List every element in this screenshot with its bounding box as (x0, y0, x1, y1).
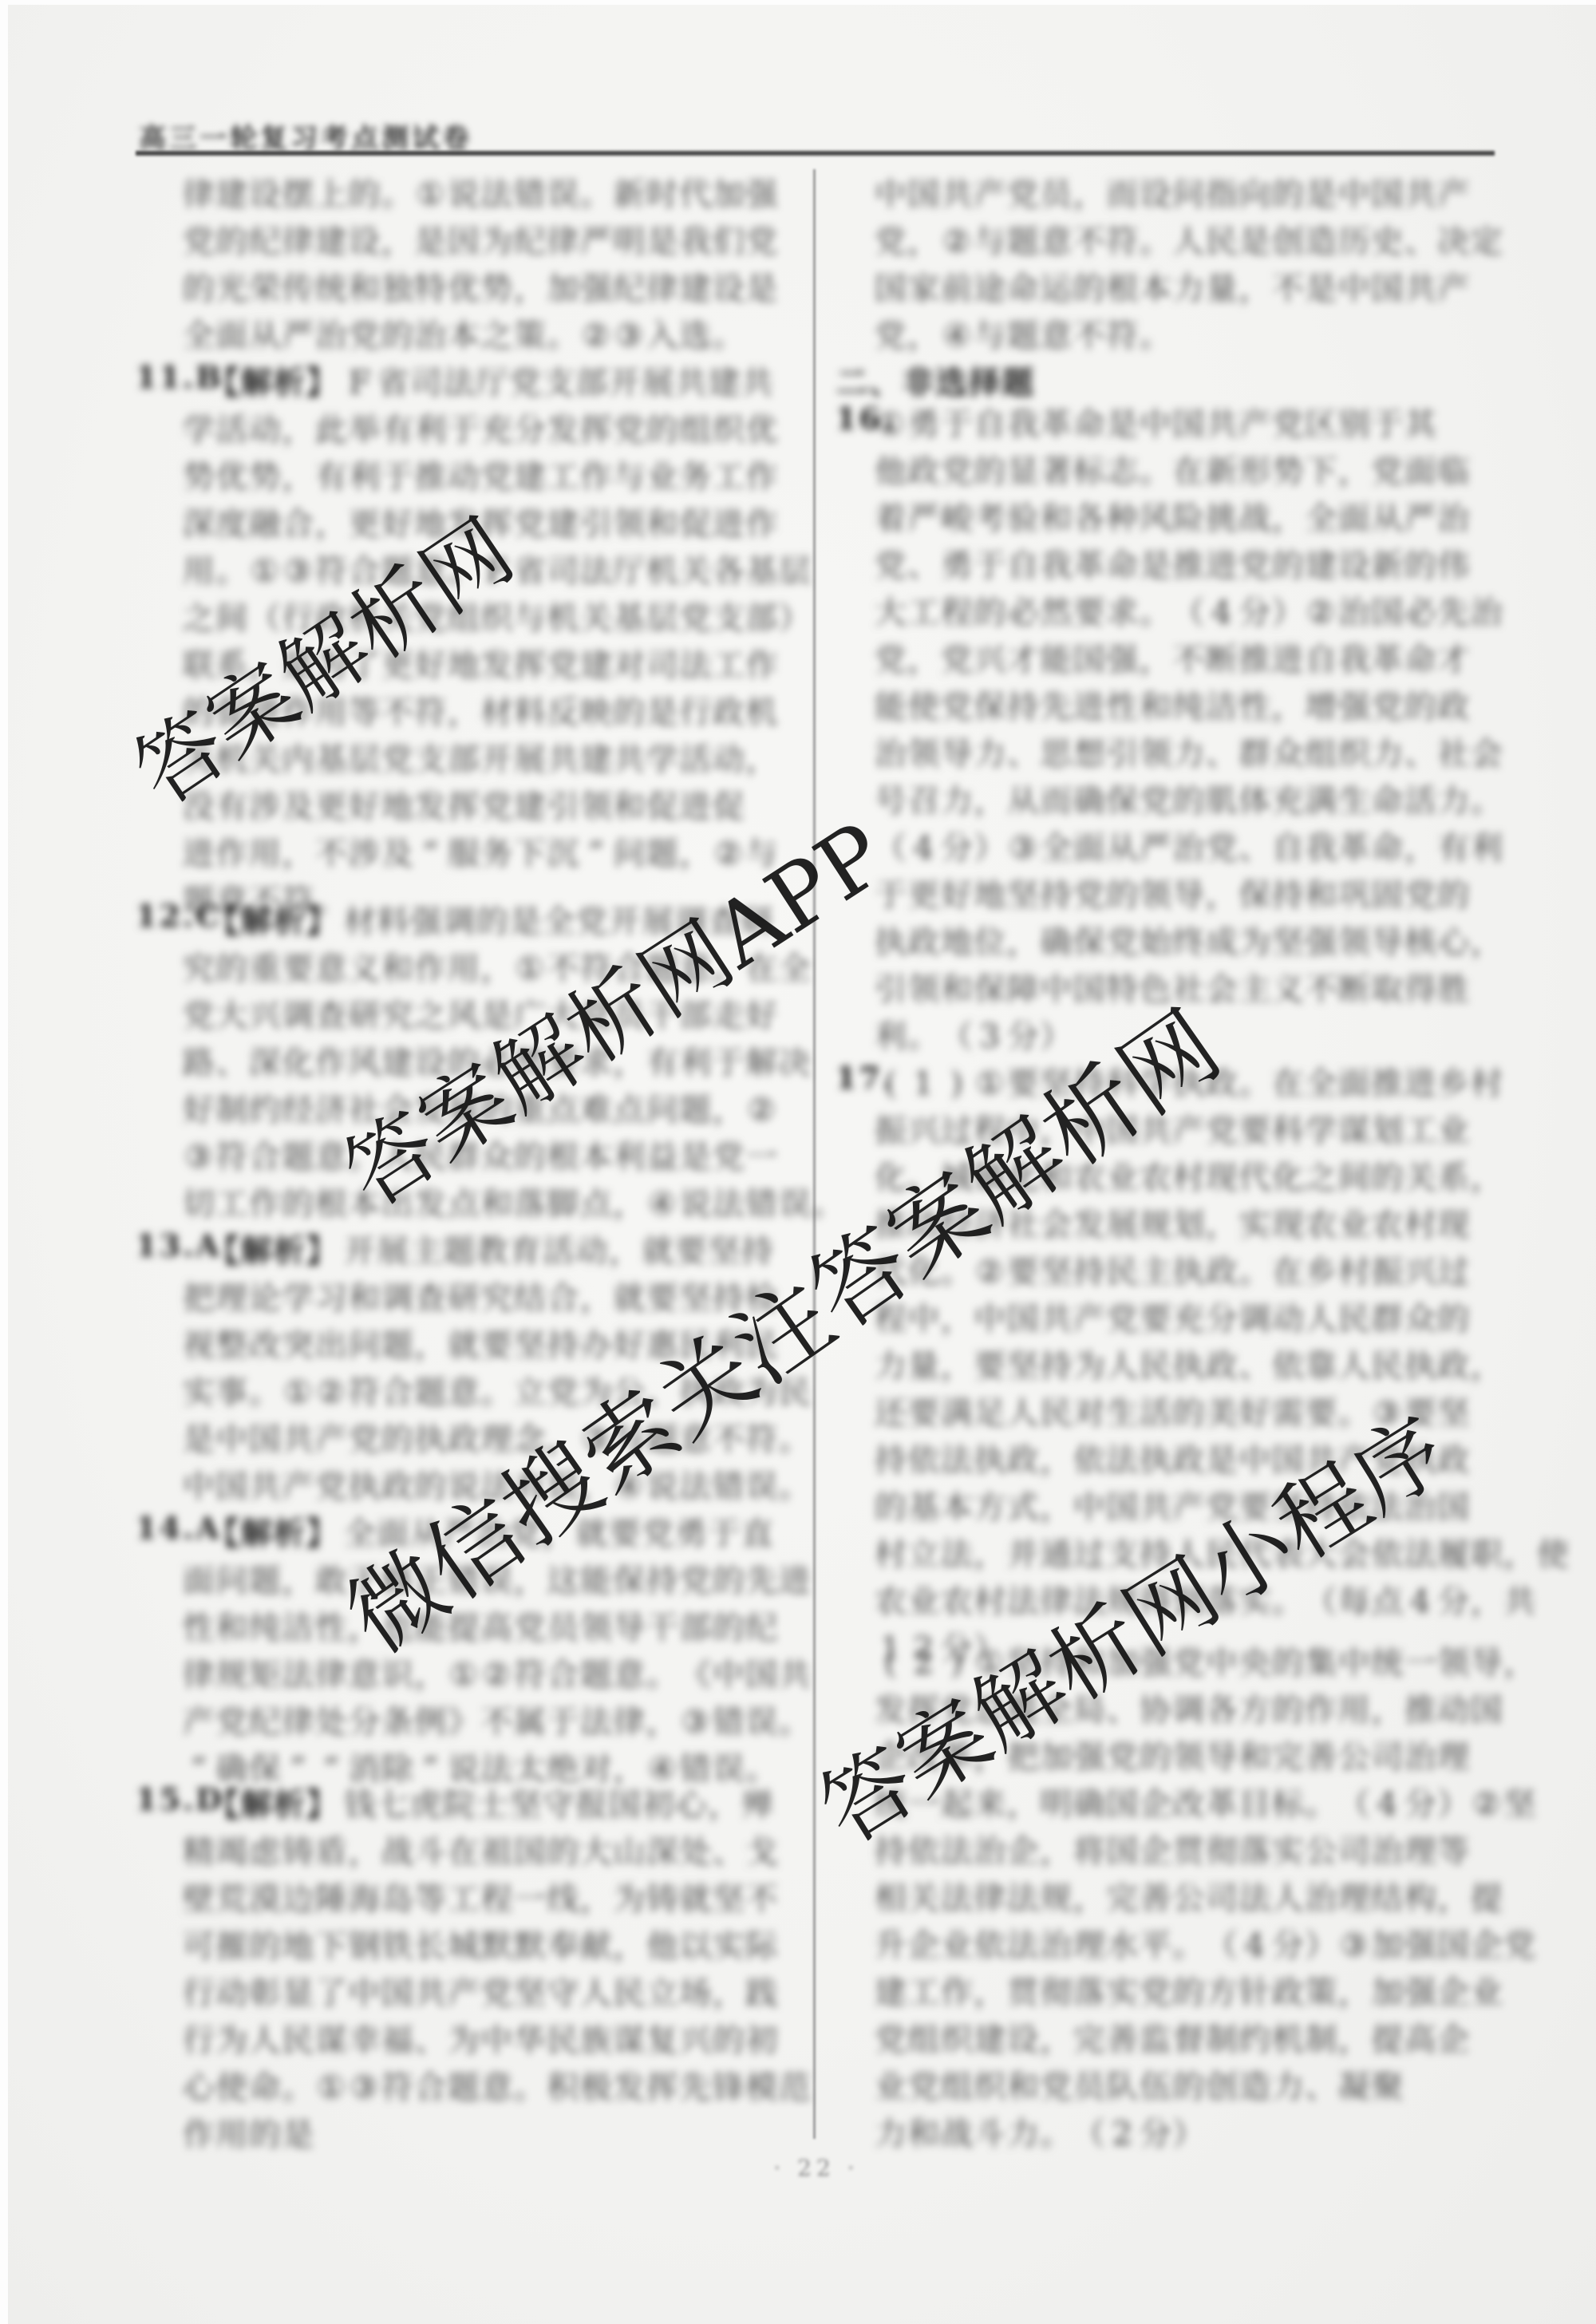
text-line: 升企业依法治理水平。（4分）③加强国企党 (874, 1920, 1536, 1966)
text-line: 党，党兴才能国强，不断推进自我革命才 (874, 634, 1470, 680)
text-line: 党，②与题意不符。人民是创造历史、决定 (874, 216, 1503, 262)
text-line: 于更好地坚持党的领导，保持和巩固党的 (874, 870, 1470, 915)
text-line: 党组织建设，完善监督制约机制，提高企 (874, 2014, 1470, 2060)
text-line: 利。（3分） (874, 1011, 1073, 1057)
scanned-exam-answer-page: 高三一轮复习考点测试卷 律建设摆上的。①说法错误。新时代加强党的纪律建设，是因为… (0, 0, 1596, 2324)
text-line: 力量，要坚持为人民执政、依靠人民执政， (874, 1341, 1503, 1386)
text-line: 程中，中国共产党要充分调动人民群众的 (874, 1294, 1470, 1339)
text-line: 中国共产党员，而设问指向的是中国共产 (874, 169, 1470, 215)
section-heading: 二、非选择题 (836, 358, 1034, 403)
text-line: 大工程的必然要求。（4分）②治国必先治 (874, 587, 1503, 633)
text-line: 建工作，贯彻落实党的方针政策，加强企业 (874, 1967, 1503, 2013)
column-right: 中国共产党员，而设问指向的是中国共产党，②与题意不符。人民是创造历史、决定国家前… (0, 0, 1596, 2324)
text-line: 治领导力、思想引领力、群众组织力、社会 (874, 729, 1503, 774)
text-line: 力和战斗力。（2分） (874, 2109, 1205, 2154)
text-line: 持依法治企，将国企贯彻落实公司治理等 (874, 1826, 1470, 1871)
text-line: 能使党保持先进性和纯洁性，增强党的政 (874, 682, 1470, 727)
text-line: 相关法律法规，完善公司法人治理结构，提 (874, 1873, 1503, 1919)
text-line: 他政党的显著标志。在新形势下，党面临 (874, 446, 1470, 492)
text-line: 党，④与题意不符。 (874, 310, 1172, 356)
text-line: （4分）③全面从严治党、自我革命，有利 (874, 823, 1503, 868)
page-number: · 22 · (729, 2155, 904, 2181)
text-line: 执政地位，确保党始终成为坚强领导核心， (874, 917, 1503, 962)
text-line: 号召力，从而确保党的肌体充满生命活力。 (874, 776, 1503, 821)
text-line: 着严峻考验和各种风险挑战，全面从严治 (874, 493, 1470, 539)
text-line: 业党组织和党员队伍的创造力、凝聚 (874, 2061, 1404, 2107)
text-line: 国家前途命运的根本力量，不是中国共产 (874, 263, 1470, 309)
text-line: ①勇于自我革命是中国共产党区别于其 (874, 399, 1437, 445)
text-line: 党、勇于自我革命是推进党的建设新的伟 (874, 540, 1470, 586)
